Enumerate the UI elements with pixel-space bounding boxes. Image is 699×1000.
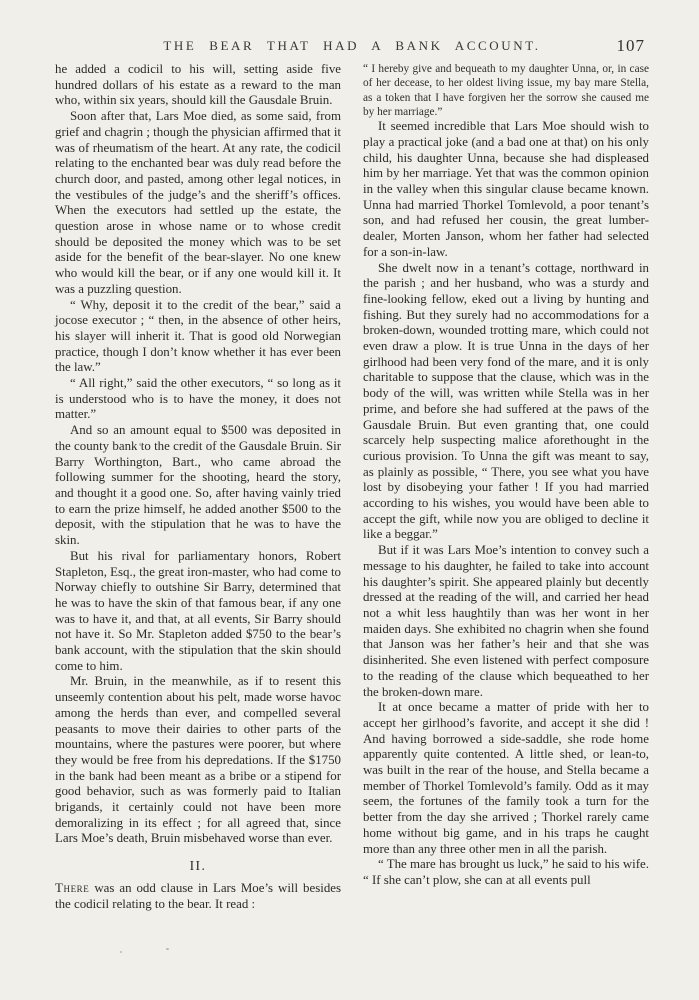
scan-speck (120, 951, 122, 953)
scan-speck (139, 443, 142, 446)
paragraph: “ Why, deposit it to the credit of the b… (55, 298, 341, 377)
running-header: THE BEAR THAT HAD A BANK ACCOUNT. 107 (55, 38, 649, 58)
text-columns: he added a codicil to his will, setting … (55, 62, 649, 912)
scan-speck (166, 948, 169, 950)
page-number: 107 (617, 36, 646, 56)
paragraph-text: was an odd clause in Lars Moe’s will bes… (55, 881, 341, 911)
paragraph: She dwelt now in a tenant’s cottage, nor… (363, 261, 649, 544)
paragraph: Soon after that, Lars Moe died, as some … (55, 109, 341, 297)
paragraph: It seemed incredible that Lars Moe shoul… (363, 119, 649, 260)
paragraph: Mr. Bruin, in the meanwhile, as if to re… (55, 674, 341, 847)
paragraph: “ The mare has brought us luck,” he said… (363, 857, 649, 888)
paragraph: And so an amount equal to $500 was depos… (55, 423, 341, 549)
will-excerpt-blockquote: “ I hereby give and bequeath to my daugh… (363, 62, 649, 119)
paragraph: There was an odd clause in Lars Moe’s wi… (55, 881, 341, 912)
left-column: he added a codicil to his will, setting … (55, 62, 341, 912)
page-title: THE BEAR THAT HAD A BANK ACCOUNT. (55, 38, 649, 54)
book-page-scan: THE BEAR THAT HAD A BANK ACCOUNT. 107 he… (0, 0, 699, 1000)
paragraph: “ All right,” said the other executors, … (55, 376, 341, 423)
paragraph: he added a codicil to his will, setting … (55, 62, 341, 109)
paragraph: But if it was Lars Moe’s intention to co… (363, 543, 649, 700)
right-column: “ I hereby give and bequeath to my daugh… (363, 62, 649, 912)
paragraph-lead-word: There (55, 881, 89, 895)
paragraph: It at once became a matter of pride with… (363, 700, 649, 857)
paragraph: But his rival for parliamentary honors, … (55, 549, 341, 675)
section-heading: II. (55, 858, 341, 874)
